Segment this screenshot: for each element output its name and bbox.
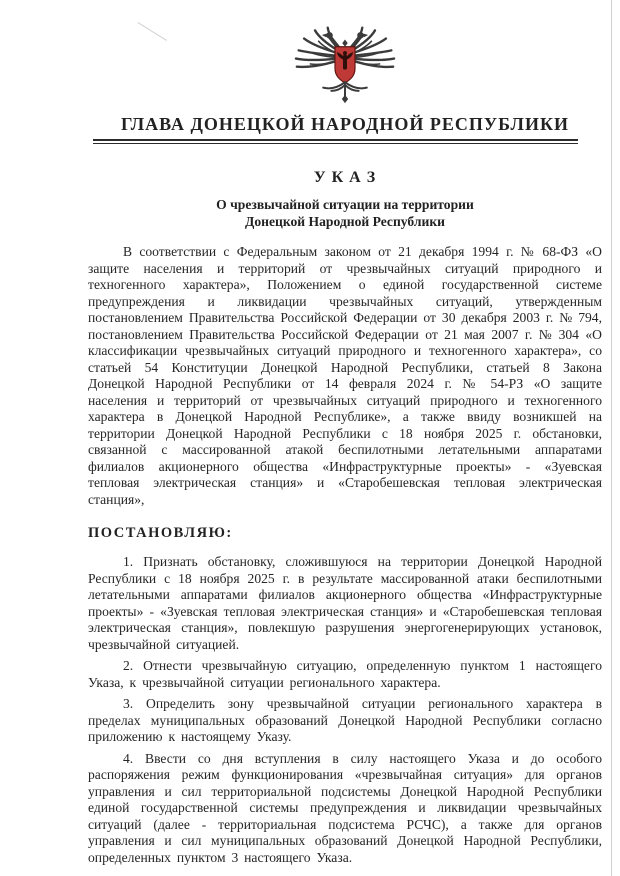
preamble-paragraph: В соответствии с Федеральным законом от …: [88, 244, 602, 508]
decree-item-2: 2. Отнести чрезвычайную ситуацию, опреде…: [88, 658, 602, 691]
dnr-coat-of-arms-icon: [289, 24, 401, 104]
decree-content: ГЛАВА ДОНЕЦКОЙ НАРОДНОЙ РЕСПУБЛИКИ У К А…: [88, 0, 602, 871]
decree-item-3: 3. Определить зону чрезвычайной ситуации…: [88, 696, 602, 746]
tail-diamond-icon: [342, 95, 348, 103]
authority-title: ГЛАВА ДОНЕЦКОЙ НАРОДНОЙ РЕСПУБЛИКИ: [88, 114, 602, 135]
decree-item-1: 1. Признать обстановку, сложившуюся на т…: [88, 554, 602, 653]
decree-item-4: 4. Ввести со дня вступления в силу насто…: [88, 751, 602, 867]
decree-items: 1. Признать обстановку, сложившуюся на т…: [88, 554, 602, 866]
scan-page-edge: [611, 0, 612, 876]
emblem-block: [88, 24, 602, 109]
decree-title: У К А З: [88, 169, 602, 187]
decree-page: ГЛАВА ДОНЕЦКОЙ НАРОДНОЙ РЕСПУБЛИКИ У К А…: [0, 0, 620, 876]
header-double-rule: [93, 139, 578, 144]
decree-subject: О чрезвычайной ситуации на территории До…: [202, 196, 488, 230]
eagle-tail-ornament-icon: [323, 82, 367, 96]
emblem-shield-icon: [335, 47, 355, 83]
resolution-word: ПОСТАНОВЛЯЮ:: [88, 525, 602, 542]
